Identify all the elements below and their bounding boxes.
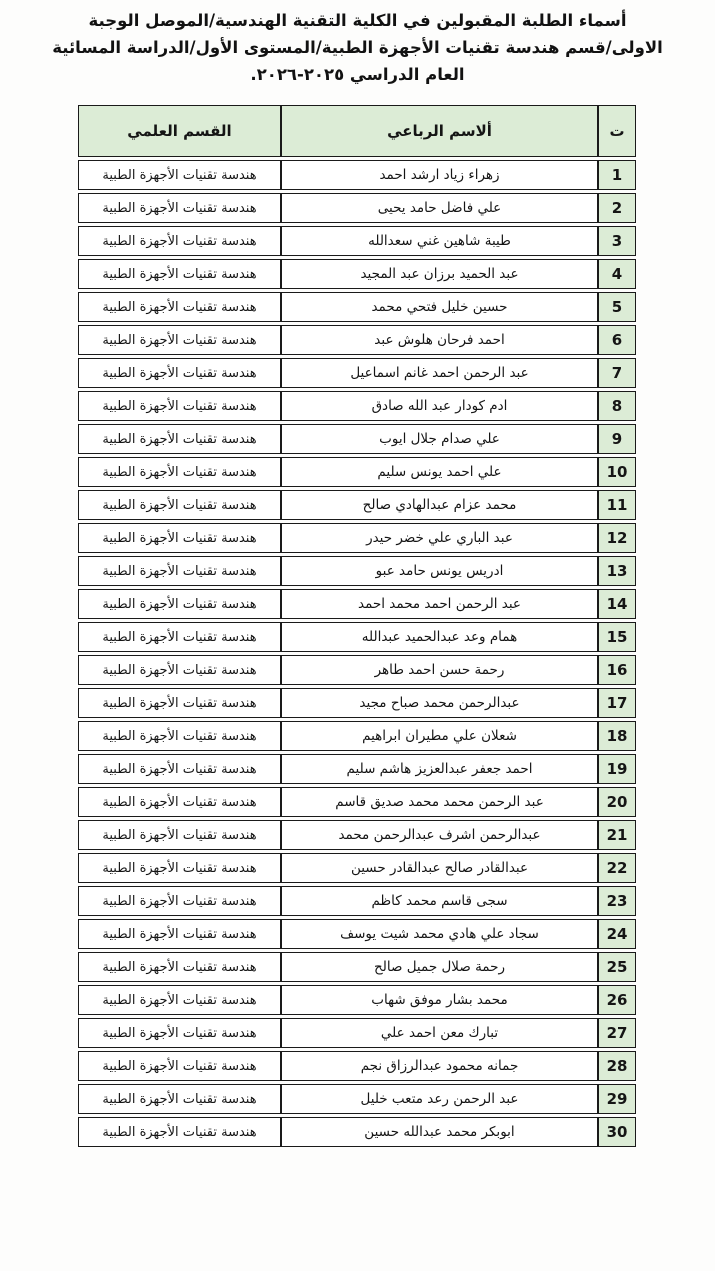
table-row: 1 زهراء زياد ارشد احمد هندسة تقنيات الأج… — [78, 160, 636, 190]
table-row: 19 احمد جعفر عبدالعزيز هاشم سليم هندسة ت… — [78, 754, 636, 784]
document-title: أسماء الطلبة المقبولين في الكلية التقنية… — [40, 7, 675, 88]
department-cell: هندسة تقنيات الأجهزة الطبية — [78, 853, 281, 883]
student-name-cell: عبد الرحمن محمد محمد صديق قاسم — [281, 787, 598, 817]
student-name-cell: ادريس يونس حامد عبو — [281, 556, 598, 586]
department-cell: هندسة تقنيات الأجهزة الطبية — [78, 457, 281, 487]
department-cell: هندسة تقنيات الأجهزة الطبية — [78, 721, 281, 751]
table-row: 18 شعلان علي مطيران ابراهيم هندسة تقنيات… — [78, 721, 636, 751]
table-row: 8 ادم كودار عبد الله صادق هندسة تقنيات ا… — [78, 391, 636, 421]
student-name-cell: عبد الرحمن رعد متعب خليل — [281, 1084, 598, 1114]
department-cell: هندسة تقنيات الأجهزة الطبية — [78, 391, 281, 421]
student-name-cell: علي فاضل حامد يحيى — [281, 193, 598, 223]
student-name-cell: عبدالقادر صالح عبدالقادر حسين — [281, 853, 598, 883]
department-cell: هندسة تقنيات الأجهزة الطبية — [78, 325, 281, 355]
table-row: 27 تبارك معن احمد علي هندسة تقنيات الأجه… — [78, 1018, 636, 1048]
department-cell: هندسة تقنيات الأجهزة الطبية — [78, 358, 281, 388]
table-row: 16 رحمة حسن احمد طاهر هندسة تقنيات الأجه… — [78, 655, 636, 685]
student-name-cell: عبد الباري علي خضر حيدر — [281, 523, 598, 553]
table-row: 28 جمانه محمود عبدالرزاق نجم هندسة تقنيا… — [78, 1051, 636, 1081]
table-row: 3 طيبة شاهين غني سعدالله هندسة تقنيات ال… — [78, 226, 636, 256]
department-cell: هندسة تقنيات الأجهزة الطبية — [78, 688, 281, 718]
row-number-cell: 10 — [598, 457, 636, 487]
table-row: 12 عبد الباري علي خضر حيدر هندسة تقنيات … — [78, 523, 636, 553]
student-name-cell: علي صدام جلال ايوب — [281, 424, 598, 454]
student-name-cell: همام وعد عبدالحميد عبدالله — [281, 622, 598, 652]
table-row: 22 عبدالقادر صالح عبدالقادر حسين هندسة ت… — [78, 853, 636, 883]
student-name-cell: تبارك معن احمد علي — [281, 1018, 598, 1048]
row-number-cell: 15 — [598, 622, 636, 652]
department-cell: هندسة تقنيات الأجهزة الطبية — [78, 490, 281, 520]
row-number-cell: 30 — [598, 1117, 636, 1147]
table-row: 4 عبد الحميد برزان عبد المجيد هندسة تقني… — [78, 259, 636, 289]
header-index: ت — [598, 105, 636, 157]
row-number-cell: 8 — [598, 391, 636, 421]
student-name-cell: محمد بشار موفق شهاب — [281, 985, 598, 1015]
row-number-cell: 6 — [598, 325, 636, 355]
table-row: 5 حسين خليل فتحي محمد هندسة تقنيات الأجه… — [78, 292, 636, 322]
row-number-cell: 11 — [598, 490, 636, 520]
row-number-cell: 26 — [598, 985, 636, 1015]
students-table: ت ألاسم الرباعي القسم العلمي 1 زهراء زيا… — [78, 102, 636, 1150]
department-cell: هندسة تقنيات الأجهزة الطبية — [78, 589, 281, 619]
department-cell: هندسة تقنيات الأجهزة الطبية — [78, 523, 281, 553]
student-name-cell: عبد الرحمن احمد محمد احمد — [281, 589, 598, 619]
department-cell: هندسة تقنيات الأجهزة الطبية — [78, 1117, 281, 1147]
department-cell: هندسة تقنيات الأجهزة الطبية — [78, 193, 281, 223]
table-row: 11 محمد عزام عبدالهادي صالح هندسة تقنيات… — [78, 490, 636, 520]
row-number-cell: 9 — [598, 424, 636, 454]
department-cell: هندسة تقنيات الأجهزة الطبية — [78, 556, 281, 586]
table-row: 23 سجى قاسم محمد كاظم هندسة تقنيات الأجه… — [78, 886, 636, 916]
department-cell: هندسة تقنيات الأجهزة الطبية — [78, 985, 281, 1015]
student-name-cell: شعلان علي مطيران ابراهيم — [281, 721, 598, 751]
table-row: 30 ابوبكر محمد عبدالله حسين هندسة تقنيات… — [78, 1117, 636, 1147]
department-cell: هندسة تقنيات الأجهزة الطبية — [78, 655, 281, 685]
row-number-cell: 18 — [598, 721, 636, 751]
student-name-cell: عبدالرحمن اشرف عبدالرحمن محمد — [281, 820, 598, 850]
header-full-name: ألاسم الرباعي — [281, 105, 598, 157]
row-number-cell: 22 — [598, 853, 636, 883]
department-cell: هندسة تقنيات الأجهزة الطبية — [78, 1084, 281, 1114]
student-name-cell: سجاد علي هادي محمد شيت يوسف — [281, 919, 598, 949]
student-name-cell: ادم كودار عبد الله صادق — [281, 391, 598, 421]
row-number-cell: 28 — [598, 1051, 636, 1081]
department-cell: هندسة تقنيات الأجهزة الطبية — [78, 622, 281, 652]
student-name-cell: عبدالرحمن محمد صباح مجيد — [281, 688, 598, 718]
row-number-cell: 7 — [598, 358, 636, 388]
row-number-cell: 5 — [598, 292, 636, 322]
department-cell: هندسة تقنيات الأجهزة الطبية — [78, 1018, 281, 1048]
table-row: 24 سجاد علي هادي محمد شيت يوسف هندسة تقن… — [78, 919, 636, 949]
student-name-cell: عبد الحميد برزان عبد المجيد — [281, 259, 598, 289]
row-number-cell: 21 — [598, 820, 636, 850]
table-row: 17 عبدالرحمن محمد صباح مجيد هندسة تقنيات… — [78, 688, 636, 718]
student-name-cell: رحمة حسن احمد طاهر — [281, 655, 598, 685]
table-row: 26 محمد بشار موفق شهاب هندسة تقنيات الأج… — [78, 985, 636, 1015]
student-name-cell: احمد فرحان هلوش عبد — [281, 325, 598, 355]
row-number-cell: 16 — [598, 655, 636, 685]
student-name-cell: احمد جعفر عبدالعزيز هاشم سليم — [281, 754, 598, 784]
department-cell: هندسة تقنيات الأجهزة الطبية — [78, 1051, 281, 1081]
department-cell: هندسة تقنيات الأجهزة الطبية — [78, 259, 281, 289]
department-cell: هندسة تقنيات الأجهزة الطبية — [78, 754, 281, 784]
row-number-cell: 24 — [598, 919, 636, 949]
department-cell: هندسة تقنيات الأجهزة الطبية — [78, 919, 281, 949]
table-row: 10 علي احمد يونس سليم هندسة تقنيات الأجه… — [78, 457, 636, 487]
department-cell: هندسة تقنيات الأجهزة الطبية — [78, 292, 281, 322]
table-row: 2 علي فاضل حامد يحيى هندسة تقنيات الأجهز… — [78, 193, 636, 223]
row-number-cell: 2 — [598, 193, 636, 223]
title-line-1: أسماء الطلبة المقبولين في الكلية التقنية… — [40, 7, 675, 34]
title-line-3: العام الدراسي ٢٠٢٥-٢٠٢٦. — [40, 61, 675, 88]
row-number-cell: 14 — [598, 589, 636, 619]
table-row: 29 عبد الرحمن رعد متعب خليل هندسة تقنيات… — [78, 1084, 636, 1114]
department-cell: هندسة تقنيات الأجهزة الطبية — [78, 952, 281, 982]
row-number-cell: 17 — [598, 688, 636, 718]
row-number-cell: 13 — [598, 556, 636, 586]
title-line-2: الاولى/قسم هندسة تقنيات الأجهزة الطبية/ا… — [40, 34, 675, 61]
table-row: 7 عبد الرحمن احمد غانم اسماعيل هندسة تقن… — [78, 358, 636, 388]
student-name-cell: حسين خليل فتحي محمد — [281, 292, 598, 322]
row-number-cell: 25 — [598, 952, 636, 982]
student-name-cell: علي احمد يونس سليم — [281, 457, 598, 487]
department-cell: هندسة تقنيات الأجهزة الطبية — [78, 820, 281, 850]
table-header-row: ت ألاسم الرباعي القسم العلمي — [78, 105, 636, 157]
row-number-cell: 3 — [598, 226, 636, 256]
row-number-cell: 4 — [598, 259, 636, 289]
student-name-cell: طيبة شاهين غني سعدالله — [281, 226, 598, 256]
students-table-body: 1 زهراء زياد ارشد احمد هندسة تقنيات الأج… — [78, 160, 636, 1147]
table-row: 15 همام وعد عبدالحميد عبدالله هندسة تقني… — [78, 622, 636, 652]
table-row: 25 رحمة صلال جميل صالح هندسة تقنيات الأج… — [78, 952, 636, 982]
header-department: القسم العلمي — [78, 105, 281, 157]
row-number-cell: 23 — [598, 886, 636, 916]
table-row: 14 عبد الرحمن احمد محمد احمد هندسة تقنيا… — [78, 589, 636, 619]
row-number-cell: 1 — [598, 160, 636, 190]
row-number-cell: 27 — [598, 1018, 636, 1048]
row-number-cell: 29 — [598, 1084, 636, 1114]
table-row: 13 ادريس يونس حامد عبو هندسة تقنيات الأج… — [78, 556, 636, 586]
student-name-cell: ابوبكر محمد عبدالله حسين — [281, 1117, 598, 1147]
student-name-cell: محمد عزام عبدالهادي صالح — [281, 490, 598, 520]
student-name-cell: سجى قاسم محمد كاظم — [281, 886, 598, 916]
student-name-cell: زهراء زياد ارشد احمد — [281, 160, 598, 190]
document-page: أسماء الطلبة المقبولين في الكلية التقنية… — [0, 0, 715, 1271]
row-number-cell: 20 — [598, 787, 636, 817]
row-number-cell: 12 — [598, 523, 636, 553]
student-name-cell: رحمة صلال جميل صالح — [281, 952, 598, 982]
department-cell: هندسة تقنيات الأجهزة الطبية — [78, 226, 281, 256]
department-cell: هندسة تقنيات الأجهزة الطبية — [78, 160, 281, 190]
department-cell: هندسة تقنيات الأجهزة الطبية — [78, 424, 281, 454]
student-name-cell: عبد الرحمن احمد غانم اسماعيل — [281, 358, 598, 388]
table-row: 6 احمد فرحان هلوش عبد هندسة تقنيات الأجه… — [78, 325, 636, 355]
table-row: 9 علي صدام جلال ايوب هندسة تقنيات الأجهز… — [78, 424, 636, 454]
row-number-cell: 19 — [598, 754, 636, 784]
table-row: 21 عبدالرحمن اشرف عبدالرحمن محمد هندسة ت… — [78, 820, 636, 850]
table-row: 20 عبد الرحمن محمد محمد صديق قاسم هندسة … — [78, 787, 636, 817]
department-cell: هندسة تقنيات الأجهزة الطبية — [78, 886, 281, 916]
student-name-cell: جمانه محمود عبدالرزاق نجم — [281, 1051, 598, 1081]
department-cell: هندسة تقنيات الأجهزة الطبية — [78, 787, 281, 817]
